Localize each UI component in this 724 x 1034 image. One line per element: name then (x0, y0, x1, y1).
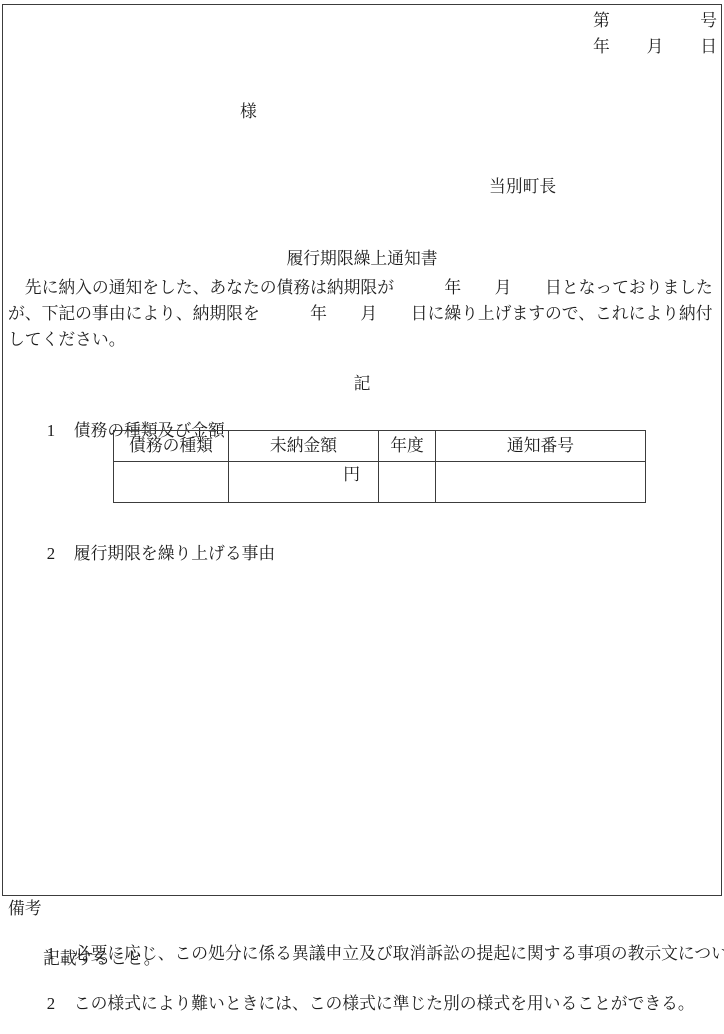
col-header-debt-type: 債務の種類 (114, 431, 229, 462)
doc-number-prefix: 第 (593, 11, 610, 31)
body-line-2: が、下記の事由により、納期限を 年 月 日に繰り上げますので、これにより納付 (8, 301, 722, 327)
body-line-3: してください。 (8, 327, 722, 353)
remark-1-line-2: 記載すること。 (43, 949, 160, 969)
debt-table: 債務の種類 未納金額 年度 通知番号 円 (113, 430, 646, 503)
cell-debt-type (114, 462, 229, 503)
remarks-title: 備考 (8, 899, 42, 919)
remark-2-text: この様式により難いときには、この様式に準じた別の様式を用いることができる。 (74, 994, 695, 1013)
section-1-number: 1 (47, 421, 74, 441)
doc-number-suffix: 号 (700, 11, 717, 31)
body-paragraph: 先に納入の通知をした、あなたの債務は納期限が 年 月 日となっておりました が、… (8, 275, 722, 353)
body-line-1: 先に納入の通知をした、あなたの債務は納期限が 年 月 日となっておりました (8, 275, 722, 301)
cell-notice-number (436, 462, 646, 503)
remark-1-text: 必要に応じ、この処分に係る異議申立及び取消訴訟の提起に関する事項の教示文について (74, 944, 724, 963)
col-header-unpaid-amount: 未納金額 (229, 431, 379, 462)
debt-table-header-row: 債務の種類 未納金額 年度 通知番号 (114, 431, 646, 462)
sender-title: 当別町長 (489, 177, 556, 197)
date-year-label: 年 (593, 37, 610, 57)
col-header-fiscal-year: 年度 (379, 431, 436, 462)
remark-2-number: 2 (47, 994, 74, 1014)
col-header-notice-number: 通知番号 (436, 431, 646, 462)
cell-unpaid-amount-unit: 円 (229, 462, 379, 503)
date-day-label: 日 (700, 37, 717, 57)
date-month-label: 月 (647, 37, 664, 57)
document-page: 第 号 年 月 日 様 当別町長 履行期限繰上通知書 先に納入の通知をした、あな… (0, 0, 724, 992)
document-title: 履行期限繰上通知書 (0, 249, 724, 269)
section-2-heading: 2履行期限を繰り上げる事由 (30, 524, 275, 584)
date-row: 年 月 日 (593, 37, 717, 57)
section-2-number: 2 (47, 544, 74, 564)
cell-fiscal-year (379, 462, 436, 503)
ki-marker: 記 (0, 374, 724, 394)
debt-table-entry-row: 円 (114, 462, 646, 503)
doc-number-row: 第 号 (593, 11, 717, 31)
addressee-honorific: 様 (240, 102, 257, 122)
section-2-label: 履行期限を繰り上げる事由 (74, 544, 275, 563)
remark-2-line: 2この様式により難いときには、この様式に準じた別の様式を用いることができる。 (30, 974, 695, 1034)
